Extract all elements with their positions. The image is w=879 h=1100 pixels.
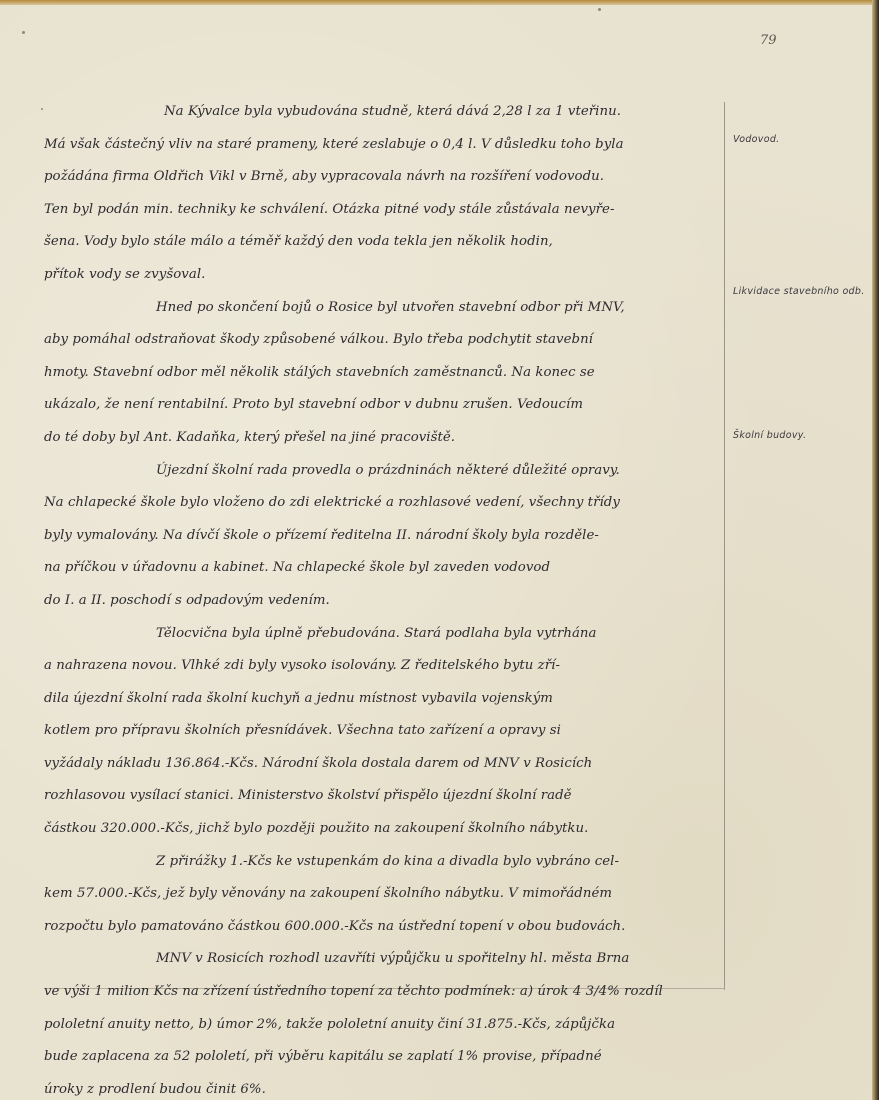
margin-note-likvidace: Likvidace stavebního odb.	[733, 286, 865, 297]
text-line: hmoty. Stavební odbor měl několik stálýc…	[44, 357, 720, 390]
margin-note-skolni-budovy: Školní budovy.	[733, 430, 806, 441]
text-line: rozpočtu bylo pamatováno částkou 600.000…	[44, 911, 720, 944]
page-number: 79	[760, 33, 777, 48]
text-line: a nahrazena novou. Vlhké zdi byly vysoko…	[44, 650, 720, 683]
text-line: Tělocvična byla úplně přebudována. Stará…	[44, 618, 720, 651]
paragraph-skolni-budovy: Újezdní školní rada provedla o prázdniná…	[44, 455, 720, 618]
text-line: částkou 320.000.-Kčs, jichž bylo později…	[44, 813, 720, 846]
text-line: MNV v Rosicích rozhodl uzavříti výpůjčku…	[44, 943, 720, 976]
text-line: Ten byl podán min. techniky ke schválení…	[44, 194, 720, 227]
text-line: šena. Vody bylo stále málo a téměř každý…	[44, 226, 720, 259]
text-line: rozhlasovou vysílací stanici. Ministerst…	[44, 780, 720, 813]
text-line: požádána firma Oldřich Vikl v Brně, aby …	[44, 161, 720, 194]
book-spine-edge	[872, 0, 879, 1100]
text-line: pololetní anuity netto, b) úmor 2%, takž…	[44, 1009, 720, 1042]
text-line: Na chlapecké škole bylo vloženo do zdi e…	[44, 487, 720, 520]
text-line: Újezdní školní rada provedla o prázdniná…	[44, 455, 720, 488]
text-line: ukázalo, že není rentabilní. Proto byl s…	[44, 389, 720, 422]
text-line: dila újezdní školní rada školní kuchyň a…	[44, 683, 720, 716]
text-line: přítok vody se zvyšoval.	[44, 259, 720, 292]
paragraph-stavebni-odbor: Hned po skončení bojů o Rosice byl utvoř…	[44, 292, 720, 455]
text-line: Má však částečný vliv na staré prameny, …	[44, 129, 720, 162]
handwritten-body: Na Kývalce byla vybudována studně, která…	[44, 96, 720, 1100]
text-line: do I. a II. poschodí s odpadovým vedením…	[44, 585, 720, 618]
text-line: aby pomáhal odstraňovat škody způsobené …	[44, 324, 720, 357]
text-line: bude zaplacena za 52 pololetí, při výběr…	[44, 1041, 720, 1074]
paragraph-zapujcka: MNV v Rosicích rozhodl uzavříti výpůjčku…	[44, 943, 720, 1100]
text-line: byly vymalovány. Na dívčí škole o přízem…	[44, 520, 720, 553]
paragraph-vodovod: Na Kývalce byla vybudována studně, která…	[44, 96, 720, 292]
paper-speck	[598, 8, 601, 11]
text-line: úroky z prodlení budou činit 6%.	[44, 1074, 720, 1100]
margin-rule	[724, 102, 725, 990]
paragraph-prirazky: Z přirážky 1.-Kčs ke vstupenkám do kina …	[44, 846, 720, 944]
text-line: Na Kývalce byla vybudována studně, která…	[44, 96, 720, 129]
text-line: kotlem pro přípravu školních přesnídávek…	[44, 715, 720, 748]
text-line: kem 57.000.-Kčs, jež byly věnovány na za…	[44, 878, 720, 911]
text-line: do té doby byl Ant. Kadaňka, který přeše…	[44, 422, 720, 455]
text-line: Z přirážky 1.-Kčs ke vstupenkám do kina …	[44, 846, 720, 879]
margin-note-vodovod: Vodovod.	[733, 134, 779, 145]
text-line: na příčkou v úřadovnu a kabinet. Na chla…	[44, 552, 720, 585]
paper-speck	[22, 31, 25, 34]
paper-speck	[41, 108, 43, 110]
text-line: Hned po skončení bojů o Rosice byl utvoř…	[44, 292, 720, 325]
text-line: vyžádaly nákladu 136.864.-Kčs. Národní š…	[44, 748, 720, 781]
paragraph-telocvicna: Tělocvična byla úplně přebudována. Stará…	[44, 618, 720, 846]
text-line: ve výši 1 milion Kčs na zřízení ústřední…	[44, 976, 720, 1009]
